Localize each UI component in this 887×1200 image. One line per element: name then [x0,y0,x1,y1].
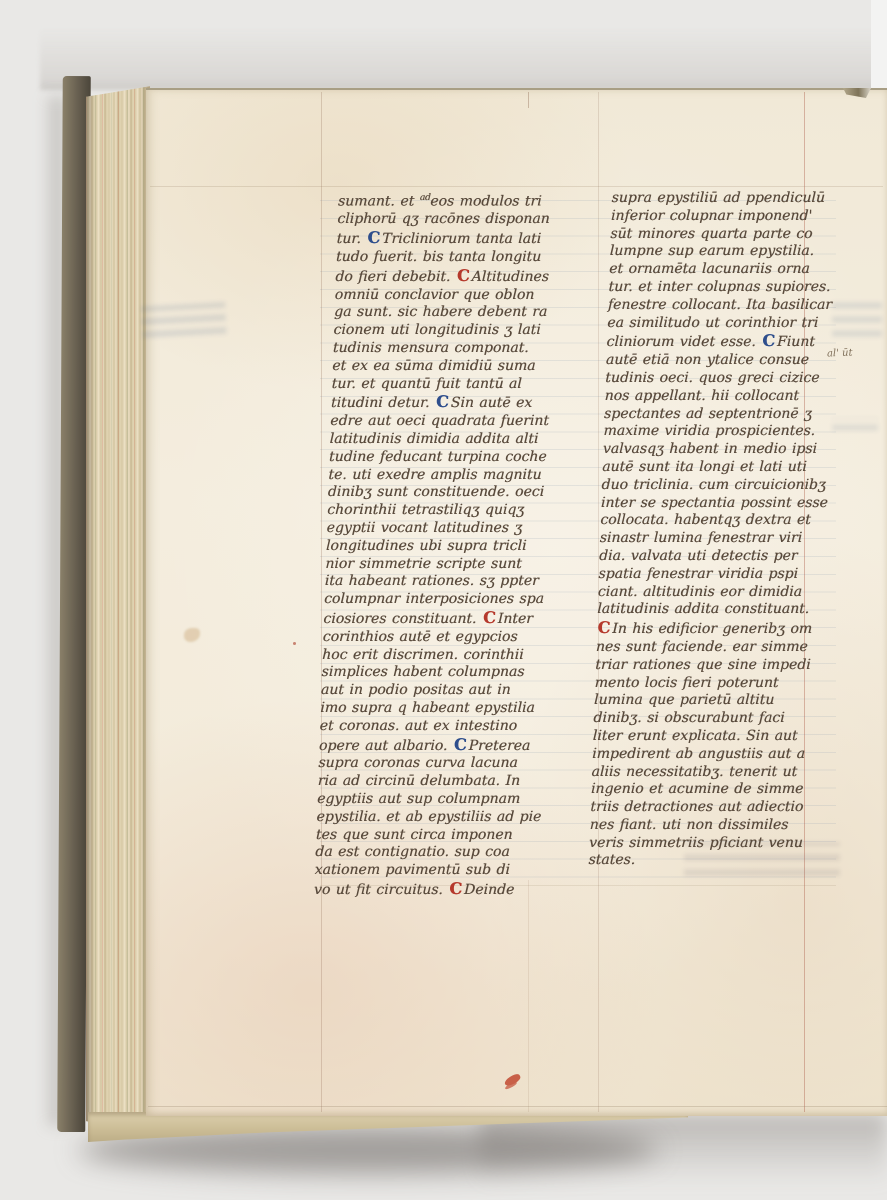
text-line: latitudinis addita constituant. [597,601,840,619]
text-line: states. [588,852,831,870]
text-line: supra epystiliū ad ppendiculū [611,190,854,208]
text-line: edre aut oeci quadrata fuerint [330,413,595,431]
capitulum-mark-red: C [448,879,464,898]
text-line: spectantes ad septentrionē ʒ [604,406,847,424]
text-line: tur. CTricliniorum tanta lati [336,229,601,249]
text-line: lumina que parietū altitu [594,692,837,710]
capitulum-mark-blue: C [435,392,451,411]
text-line: egyptiis aut sup columpnam [317,791,582,809]
text-line: et ornamēta lacunariis orna [609,261,852,279]
text-line: columpnar interposiciones spa [324,591,589,609]
background-corner-sliver [871,0,887,98]
text-line: omniū conclavior que oblon [334,287,599,305]
manuscript-photo: sumant. et adeos modulos tricliphorū qʒ … [0,0,887,1200]
text-line: nes fiant. uti non dissimiles [589,817,832,835]
text-line: veris simmetriis pficiant venu [589,835,832,853]
superscript-gloss: ad [420,193,431,203]
text-line: tudinis oeci. quos greci cizice [605,370,848,388]
text-line: supra coronas curva lacuna [318,755,583,773]
text-line: titudini detur. CSin autē ex [331,393,596,413]
ruling-prick-mark [528,92,529,108]
text-line: dia. valvata uti detectis per [599,548,842,566]
red-ink-blot [503,1072,522,1087]
margin-note: al' ūt [827,348,853,360]
text-line: do fieri debebit. CAltitudines [335,267,600,287]
text-line: dinibʒ sunt constituende. oeci [327,484,592,502]
text-line: opere aut albario. CPreterea [319,736,584,756]
text-column-right: supra epystiliū ad ppendiculūinferior co… [588,190,854,870]
text-line: aut in podio positas aut in [321,682,586,700]
capitulum-mark-red: C [456,266,472,285]
text-line: mento locis fieri poterunt [594,675,837,693]
text-line: imo supra q habeant epystilia [320,700,585,718]
text-line: duo triclinia. cum circuicionibʒ [601,477,844,495]
page-corner-notch [843,88,871,98]
text-line: cliphorū qʒ racōnes disponan [337,211,602,229]
top-bounding-line [150,186,883,187]
text-line: ingenio et acumine de simme [591,781,834,799]
vertical-ruling-line [321,92,322,1112]
text-line: ria ad circinū delumbata. In [317,773,582,791]
text-line: tudine feducant turpina coche [329,449,594,467]
page-edges-stack-left [86,82,150,1138]
text-line: valvasqʒ habent in medio ipsi [602,441,845,459]
text-line: impedirent ab angustiis aut a [592,746,835,764]
text-line: epystilia. et ab epystiliis ad pie [316,809,581,827]
text-line: tur. et inter colupnas supiores. [608,279,851,297]
text-line: hoc erit discrimen. corinthii [322,647,587,665]
text-column-left: sumant. et adeos modulos tricliphorū qʒ … [314,190,603,900]
capitulum-mark-blue: C [366,228,382,247]
text-line: sinastr lumina fenestrar viri [599,530,842,548]
text-line: autē sunt ita longi et lati uti [602,459,845,477]
text-line: tur. et quantū fuit tantū al [331,376,596,394]
red-speck [293,642,296,645]
text-line: liter erunt explicata. Sin aut [592,728,835,746]
binding-board-edge [57,76,91,1132]
text-line: sūt minores quarta parte co [610,226,853,244]
text-line: longitudines ubi supra tricli [326,538,591,556]
text-line: xationem pavimentū sub di [314,862,579,880]
text-line: lumpne sup earum epystilia. [609,243,852,261]
text-line: nos appellant. hii collocant [604,388,847,406]
text-line: aliis necessitatibʒ. tenerit ut [591,764,834,782]
verso-showthrough-left-margin [141,302,227,344]
text-line: fenestre collocant. Ita basilicar [608,297,851,315]
text-line: cliniorum videt esse. CFiunt [606,332,849,352]
text-line: autē etiā non ytalice consue [606,352,849,370]
text-line: inferior colupnar imponend' [611,208,854,226]
text-line: ciosiores constituant. CInter [323,609,588,629]
text-line: maxime viridia prospicientes. [603,423,846,441]
text-line: nior simmetrie scripte sunt [325,556,590,574]
vertical-crease-line [528,880,529,1112]
text-line: corinthios autē et egypcios [322,629,587,647]
text-line: tudo fuerit. bis tanta longitu [336,249,601,267]
text-line: spatia fenestrar viridia pspi [598,566,841,584]
text-line: collocata. habentqʒ dextra et [600,512,843,530]
text-line: chorinthii tetrastiliqʒ quiqʒ [327,502,592,520]
text-line: nes sunt faciende. ear simme [596,639,839,657]
parchment-stain [184,628,200,642]
capitulum-mark-red: C [596,618,612,637]
text-line: ga sunt. sic habere debent ra [334,304,599,322]
text-line: triis detractiones aut adiectio [590,799,833,817]
text-line: tudinis mensura componat. [333,340,598,358]
text-line: inter se spectantia possint esse [601,495,844,513]
text-line: da est contignatio. sup coa [315,844,580,862]
text-line: dinibʒ. si obscurabunt faci [593,710,836,728]
text-line: et ex ea sūma dimidiū suma [332,358,597,376]
capitulum-mark-blue: C [453,735,469,754]
text-line: ciant. altitudinis eor dimidia [598,584,841,602]
text-line: et coronas. aut ex intestino [319,718,584,736]
text-line: te. uti exedre amplis magnitu [328,467,593,485]
parchment-page: sumant. et adeos modulos tricliphorū qʒ … [146,88,887,1116]
text-line: CIn his edificior generibʒ om [596,619,839,639]
background-shadow-band [40,28,887,90]
bottom-bounding-line [148,1106,887,1107]
text-line: ea similitudo ut corinthior tri [607,315,850,333]
text-line: ita habeant rationes. sʒ ppter [324,573,589,591]
text-line: tes que sunt circa imponen [316,827,581,845]
text-line: cionem uti longitudinis ʒ lati [333,322,598,340]
text-line: latitudinis dimidia addita alti [329,431,594,449]
capitulum-mark-blue: C [761,331,777,350]
text-line: triar rationes que sine impedi [595,657,838,675]
capitulum-mark-red: C [482,608,498,627]
text-line: egyptii vocant latitudines ʒ [326,520,591,538]
text-line: sumant. et adeos modulos tri [338,190,603,211]
text-line: vo ut fit circuitus. CDeinde [314,880,579,900]
text-line: simplices habent columpnas [321,664,586,682]
